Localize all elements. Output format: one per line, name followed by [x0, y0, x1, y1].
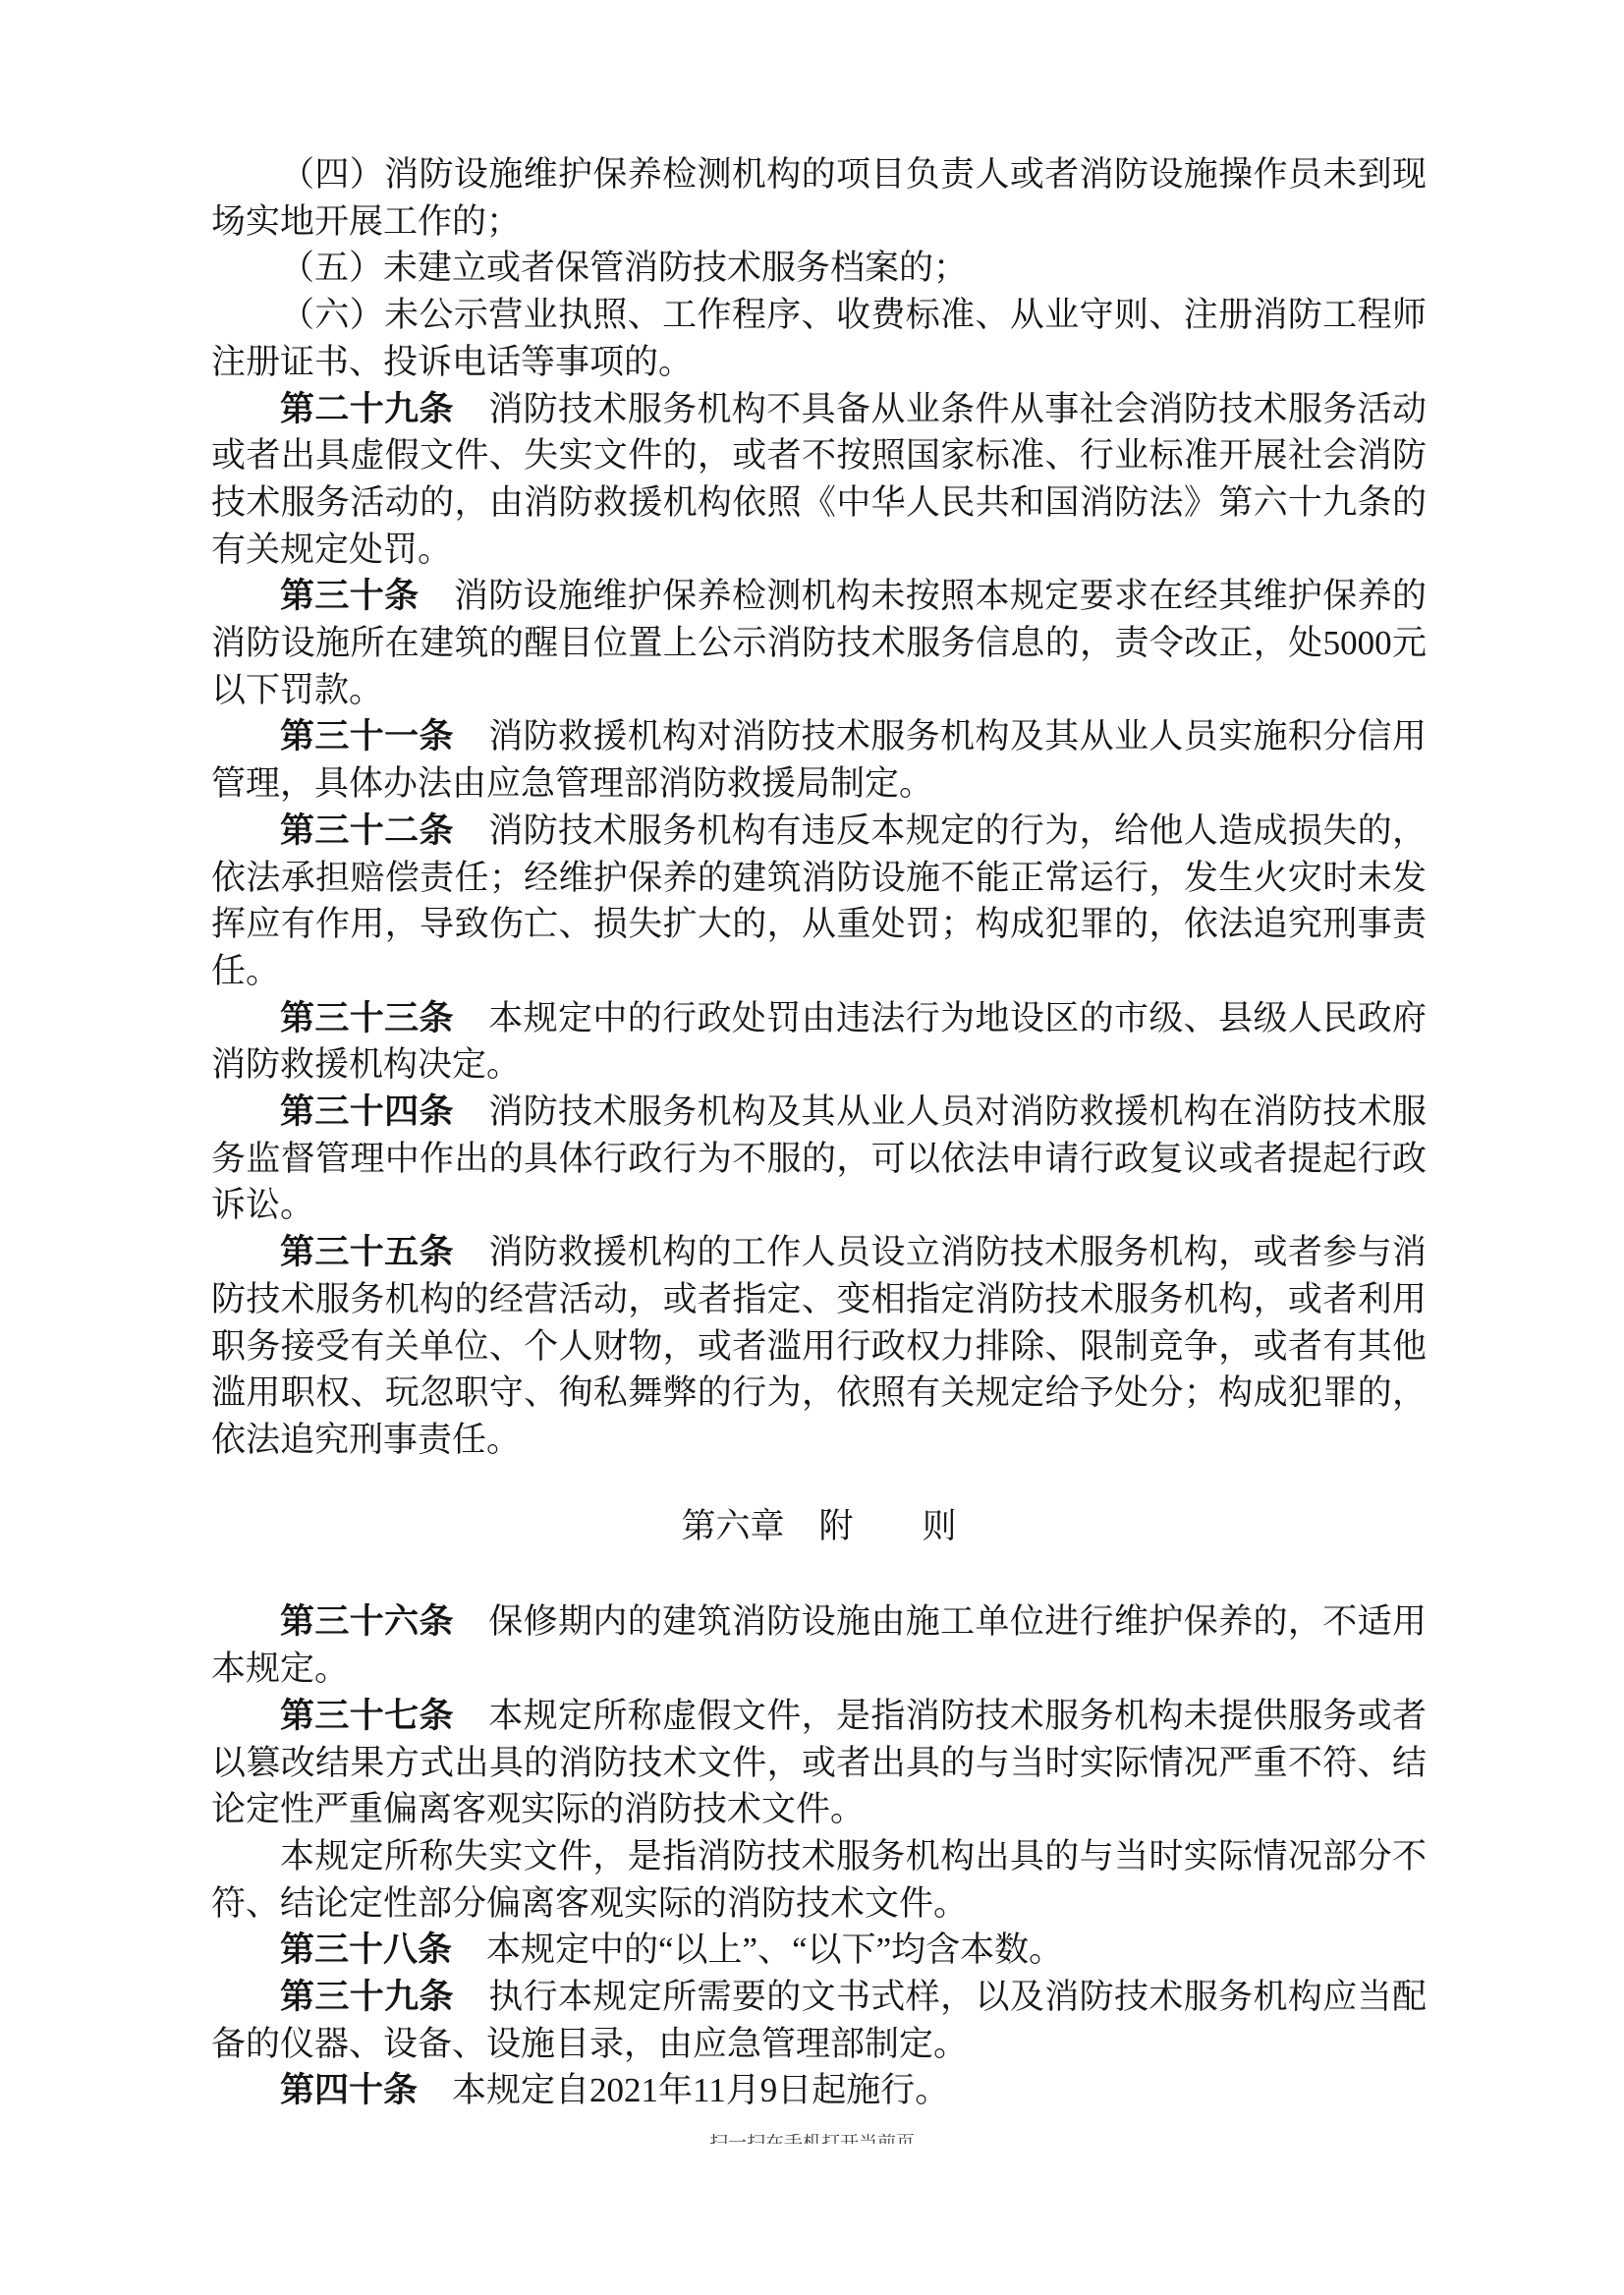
article-paragraph: 第三十一条 消防救援机构对消防技术服务机构及其从业人员实施积分信用管理，具体办法… [211, 713, 1427, 807]
document-page: （四）消防设施维护保养检测机构的项目负责人或者消防设施操作员未到现场实地开展工作… [0, 0, 1624, 2295]
list-item-paragraph: 本规定所称失实文件，是指消防技术服务机构出具的与当时实际情况部分不符、结论定性部… [211, 1833, 1427, 1927]
article-paragraph: 第三十三条 本规定中的行政处罚由违法行为地设区的市级、县级人民政府消防救援机构决… [211, 995, 1427, 1089]
list-item-paragraph: （四）消防设施维护保养检测机构的项目负责人或者消防设施操作员未到现场实地开展工作… [211, 151, 1427, 245]
article-paragraph: 第三十七条 本规定所称虚假文件，是指消防技术服务机构未提供服务或者以篡改结果方式… [211, 1693, 1427, 1833]
article-number: 第三十条 [280, 577, 420, 615]
article-number: 第二十九条 [280, 390, 454, 428]
article-number: 第三十七条 [280, 1697, 454, 1735]
article-number: 第三十五条 [280, 1233, 454, 1271]
article-paragraph: 第三十二条 消防技术服务机构有违反本规定的行为，给他人造成损失的，依法承担赔偿责… [211, 808, 1427, 995]
article-paragraph: 第三十九条 执行本规定所需要的文书式样，以及消防技术服务机构应当配备的仪器、设备… [211, 1974, 1427, 2067]
article-paragraph: 第三十八条 本规定中的“以上”、“以下”均含本数。 [211, 1927, 1427, 1974]
article-paragraph: 第三十六条 保修期内的建筑消防设施由施工单位进行维护保养的，不适用本规定。 [211, 1598, 1427, 1692]
article-paragraph: 第四十条 本规定自2021年11月9日起施行。 [211, 2067, 1427, 2114]
article-number: 第三十八条 [280, 1931, 452, 1969]
footer-text: 扫一扫在手机打开当前页 [709, 2134, 915, 2144]
article-paragraph: 第二十九条 消防技术服务机构不具备从业条件从事社会消防技术服务活动或者出具虚假文… [211, 386, 1427, 574]
article-number: 第三十三条 [280, 999, 454, 1037]
article-paragraph: 第三十五条 消防救援机构的工作人员设立消防技术服务机构，或者参与消防技术服务机构… [211, 1229, 1427, 1464]
article-number: 第四十条 [280, 2071, 418, 2109]
list-item-paragraph: （六）未公示营业执照、工作程序、收费标准、从业守则、注册消防工程师注册证书、投诉… [211, 292, 1427, 385]
article-number: 第三十二条 [280, 812, 454, 850]
footer-clipped-line: 扫一扫在手机打开当前页 [0, 2134, 1624, 2144]
article-number: 第三十九条 [280, 1978, 454, 2016]
article-number: 第三十四条 [280, 1092, 454, 1131]
article-number: 第三十六条 [280, 1602, 454, 1641]
list-item-paragraph: （五）未建立或者保管消防技术服务档案的； [211, 245, 1427, 292]
article-paragraph: 第三十条 消防设施维护保养检测机构未按照本规定要求在经其维护保养的消防设施所在建… [211, 573, 1427, 713]
article-number: 第三十一条 [280, 717, 454, 756]
document-body: （四）消防设施维护保养检测机构的项目负责人或者消防设施操作员未到现场实地开展工作… [211, 151, 1427, 2114]
chapter-heading: 第六章 附 则 [211, 1503, 1427, 1550]
article-paragraph: 第三十四条 消防技术服务机构及其从业人员对消防救援机构在消防技术服务监督管理中作… [211, 1089, 1427, 1229]
